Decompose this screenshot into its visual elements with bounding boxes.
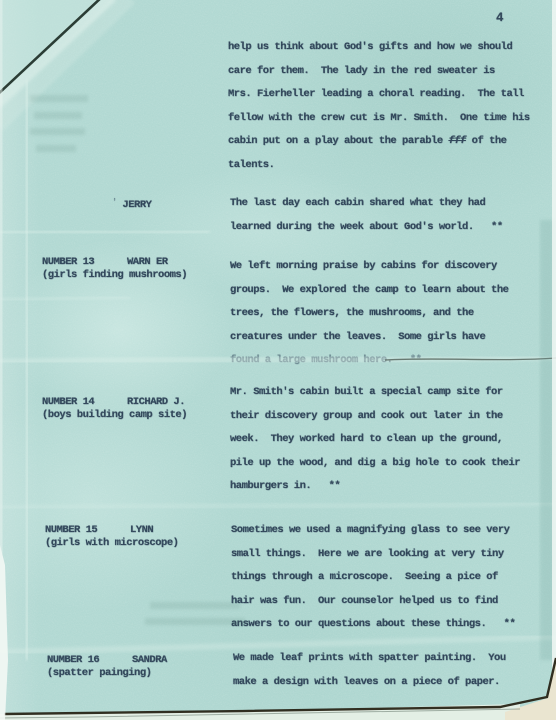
parable-text-after: of the — [466, 135, 507, 147]
typewriter-strikeout: fff — [448, 135, 465, 147]
entry-14-narration: Mr. Smith's cabin built a special camp s… — [230, 381, 520, 499]
entry-13-label: NUMBER 13WARN ER (girls finding mushroom… — [42, 256, 187, 281]
slide-caption: (boys building camp site) — [42, 409, 187, 422]
narration-line: hair was fun. Our counselor helped us to… — [231, 590, 515, 614]
narration-line: things through a microscope. Seeing a pi… — [231, 566, 515, 590]
entry-jerry-label: ' JERRY — [112, 196, 151, 209]
entry-15-label: NUMBER 15LYNN (girls with microscope) — [45, 524, 178, 549]
intro-narration: help us think about God's gifts and how … — [228, 36, 530, 178]
narration-line: learned during the week about God's worl… — [230, 216, 503, 240]
narration-line: groups. We explored the camp to learn ab… — [230, 279, 508, 303]
narration-line: We made leaf prints with spatter paintin… — [233, 647, 506, 671]
narration-line: make a design with leaves on a piece of … — [233, 671, 506, 695]
narration-line: trees, the flowers, the mushrooms, and t… — [230, 302, 508, 326]
narration-line: pile up the wood, and dig a big hole to … — [230, 452, 520, 476]
narration-line: Mrs. Fierheller leading a choral reading… — [228, 83, 530, 107]
parable-text-before: cabin put on a play about the parable — [228, 135, 448, 147]
entry-16-label: NUMBER 16SANDRA (spatter painging) — [47, 654, 151, 679]
slide-name: JERRY — [122, 199, 151, 211]
slide-caption: (girls finding mushrooms) — [42, 269, 187, 282]
entry-jerry-narration: The last day each cabin shared what they… — [230, 192, 503, 239]
narration-line: Sometimes we used a magnifying glass to … — [231, 519, 515, 543]
slide-number: NUMBER 13 — [42, 256, 94, 268]
narration-line: answers to our questions about these thi… — [231, 613, 515, 637]
entry-15-narration: Sometimes we used a magnifying glass to … — [231, 519, 515, 637]
narration-line: creatures under the leaves. Some girls h… — [230, 326, 508, 350]
slide-number: NUMBER 16 — [47, 654, 99, 666]
narration-line: small things. Here we are looking at ver… — [231, 543, 515, 567]
narration-line: Mr. Smith's cabin built a special camp s… — [230, 381, 520, 405]
narration-line: We left morning praise by cabins for dis… — [230, 255, 508, 279]
narration-line: care for them. The lady in the red sweat… — [228, 60, 530, 84]
slide-name: RICHARD J. — [127, 396, 185, 409]
narration-line: talents. — [228, 154, 530, 178]
narration-line-faded: found a large mushroom here. ** — [230, 349, 508, 373]
stray-tick-mark: ' — [112, 197, 117, 207]
slide-name: WARN ER — [127, 256, 168, 269]
narration-line: fellow with the crew cut is Mr. Smith. O… — [228, 107, 530, 131]
narration-line: week. They worked hard to clean up the g… — [230, 428, 520, 452]
slide-name: LYNN — [130, 524, 153, 537]
narration-line: The last day each cabin shared what they… — [230, 192, 503, 216]
scanned-page: 4 help us think about God's gifts and ho… — [0, 0, 556, 720]
entry-13-narration: We left morning praise by cabins for dis… — [230, 255, 508, 373]
slide-name: SANDRA — [132, 654, 167, 667]
slide-number: NUMBER 14 — [42, 396, 94, 408]
narration-line: their discovery group and cook out later… — [230, 405, 520, 429]
narration-line-with-strikeout: cabin put on a play about the parable ff… — [228, 130, 530, 154]
slide-number: NUMBER 15 — [45, 524, 97, 536]
entry-16-narration: We made leaf prints with spatter paintin… — [233, 647, 506, 694]
slide-caption: (girls with microscope) — [45, 537, 178, 550]
narration-line: help us think about God's gifts and how … — [228, 36, 530, 60]
narration-line: hamburgers in. ** — [230, 475, 520, 499]
entry-14-label: NUMBER 14RICHARD J. (boys building camp … — [42, 396, 187, 421]
page-number: 4 — [496, 11, 503, 25]
slide-caption: (spatter painging) — [47, 667, 151, 680]
corner-fold-crease — [0, 0, 128, 124]
